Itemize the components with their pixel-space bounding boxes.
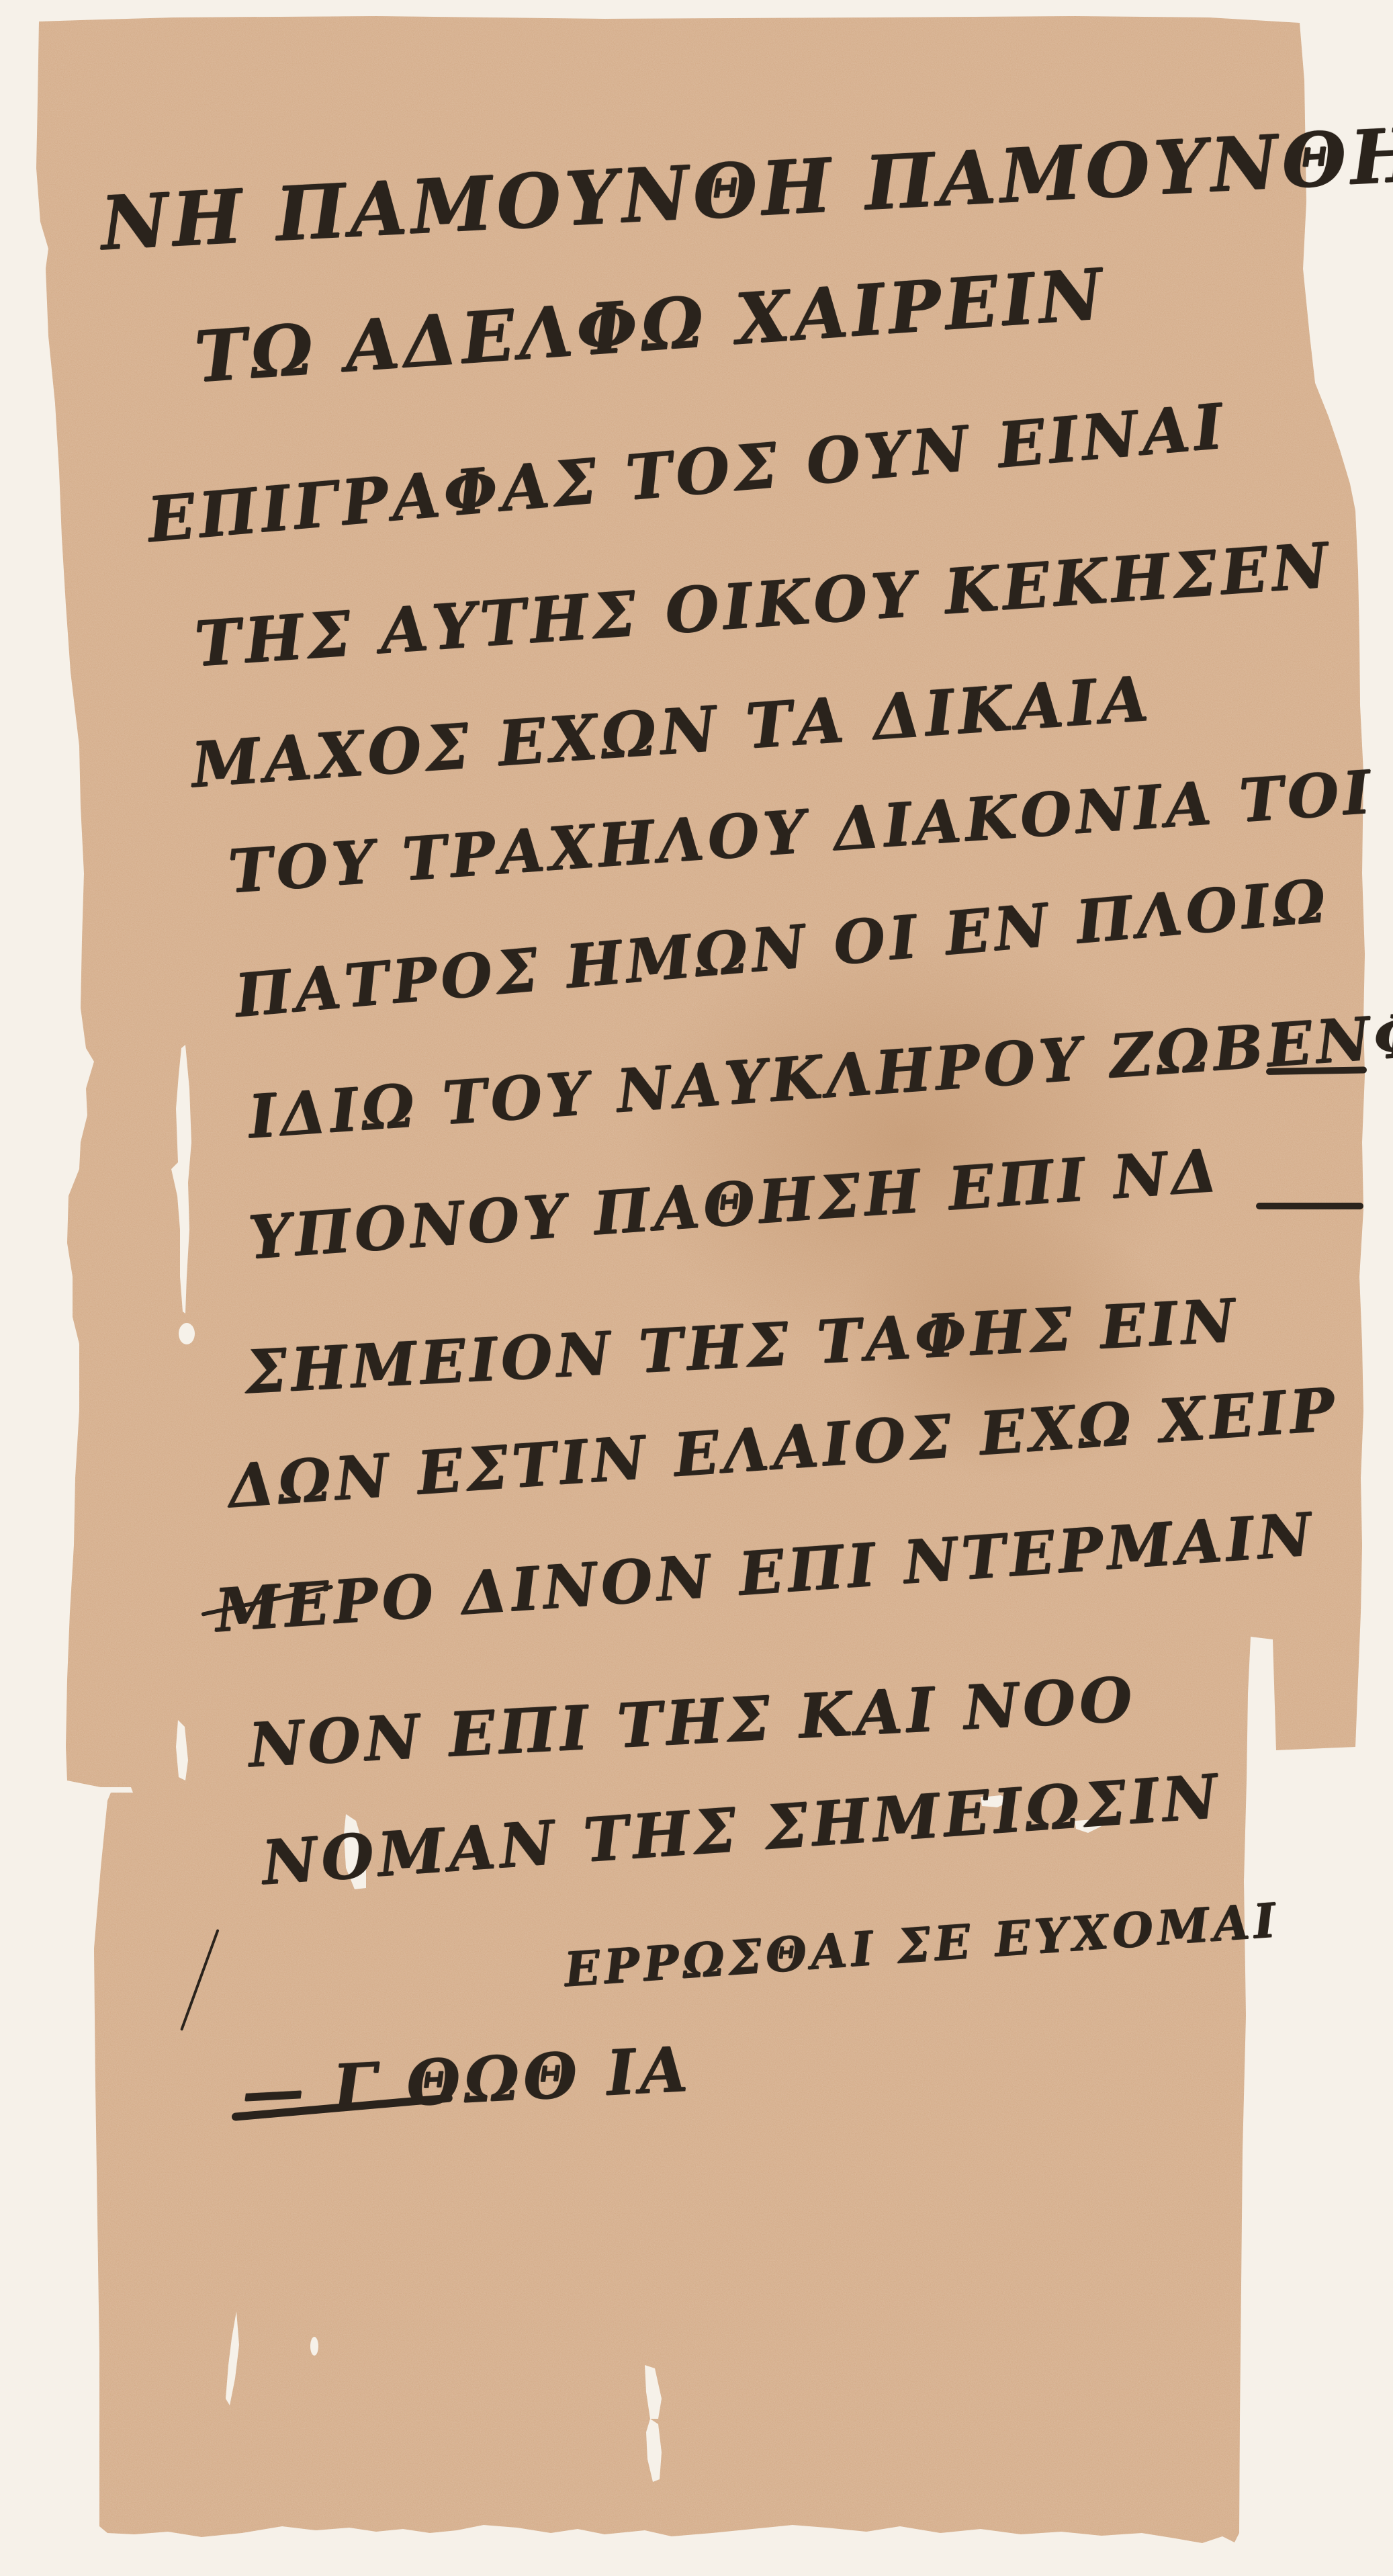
hole-lower-small [310, 2337, 318, 2356]
hole-left-dot [179, 1323, 195, 1344]
stain-2 [833, 1209, 1182, 1478]
papyrus-sheet [0, 0, 1393, 2576]
